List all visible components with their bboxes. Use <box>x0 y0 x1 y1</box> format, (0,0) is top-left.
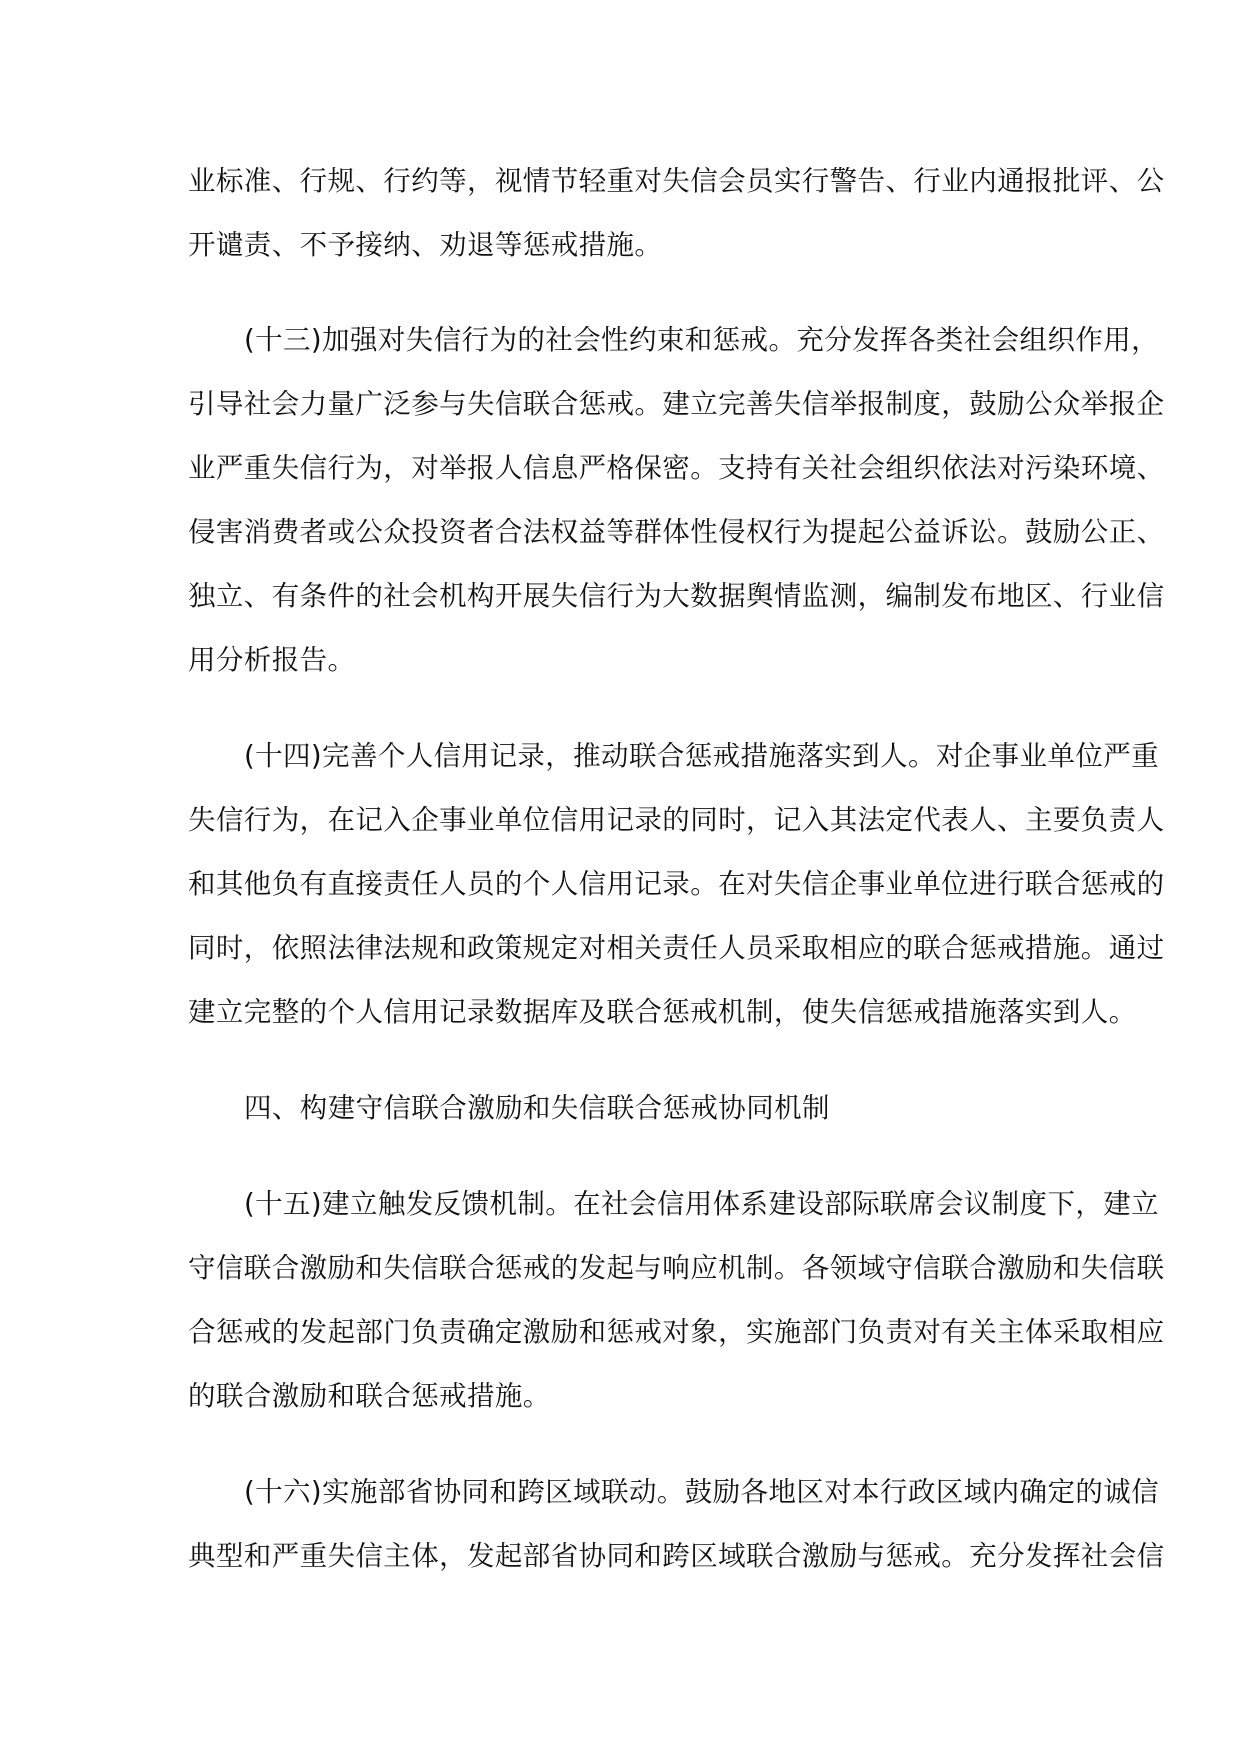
paragraph-line: 守信联合激励和失信联合惩戒的发起与响应机制。各领域守信联合激励和失信联 <box>188 1250 1165 1286</box>
paragraph-line: 的联合激励和联合惩戒措施。 <box>188 1378 551 1414</box>
section-heading-4: 四、构建守信联合激励和失信联合惩戒协同机制 <box>244 1090 830 1126</box>
paragraph-line: 用分析报告。 <box>188 642 355 678</box>
paragraph-13-start: (十三)加强对失信行为的社会性约束和惩戒。充分发挥各类社会组织作用， <box>244 322 1159 358</box>
paragraph-line: 侵害消费者或公众投资者合法权益等群体性侵权行为提起公益诉讼。鼓励公正、 <box>188 514 1165 550</box>
paragraph-14-start: (十四)完善个人信用记录，推动联合惩戒措施落实到人。对企事业单位严重 <box>244 738 1159 774</box>
paragraph-line: 业严重失信行为，对举报人信息严格保密。支持有关社会组织依法对污染环境、 <box>188 450 1165 486</box>
paragraph-15-start: (十五)建立触发反馈机制。在社会信用体系建设部际联席会议制度下，建立 <box>244 1186 1159 1222</box>
paragraph-line: 业标准、行规、行约等，视情节轻重对失信会员实行警告、行业内通报批评、公 <box>188 163 1165 199</box>
paragraph-line: 同时，依照法律法规和政策规定对相关责任人员采取相应的联合惩戒措施。通过 <box>188 930 1165 966</box>
paragraph-line: 失信行为，在记入企事业单位信用记录的同时，记入其法定代表人、主要负责人 <box>188 802 1165 838</box>
paragraph-line: 合惩戒的发起部门负责确定激励和惩戒对象，实施部门负责对有关主体采取相应 <box>188 1314 1165 1350</box>
paragraph-line: 引导社会力量广泛参与失信联合惩戒。建立完善失信举报制度，鼓励公众举报企 <box>188 386 1165 422</box>
paragraph-line: 独立、有条件的社会机构开展失信行为大数据舆情监测，编制发布地区、行业信 <box>188 578 1165 614</box>
paragraph-line: 和其他负有直接责任人员的个人信用记录。在对失信企事业单位进行联合惩戒的 <box>188 866 1165 902</box>
paragraph-line: 开谴责、不予接纳、劝退等惩戒措施。 <box>188 227 662 263</box>
paragraph-16-start: (十六)实施部省协同和跨区域联动。鼓励各地区对本行政区域内确定的诚信 <box>244 1474 1159 1510</box>
paragraph-line: 典型和严重失信主体，发起部省协同和跨区域联合激励与惩戒。充分发挥社会信 <box>188 1538 1165 1574</box>
paragraph-line: 建立完整的个人信用记录数据库及联合惩戒机制，使失信惩戒措施落实到人。 <box>188 994 1137 1030</box>
